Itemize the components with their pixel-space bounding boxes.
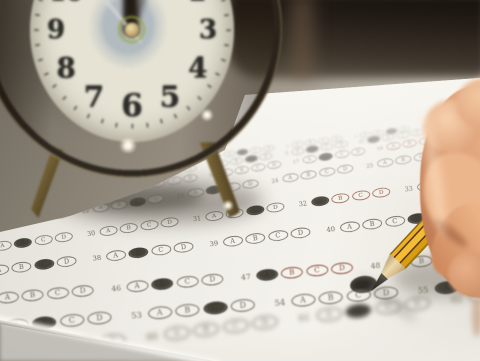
answer-bubble: B: [175, 303, 200, 318]
answer-bubble: B: [280, 266, 303, 279]
photo-scene: 1ABCD2ABCD3ABCD4ABCD5ABCD6ABCD7ABCD8ABCD…: [0, 0, 480, 361]
answer-bubble: C: [306, 264, 329, 277]
answer-bubble: D: [460, 250, 480, 263]
question-number: 46: [109, 283, 121, 293]
answer-bubble: A: [126, 280, 149, 293]
question-number: 39: [207, 239, 218, 248]
filled-bubble: B: [151, 277, 174, 290]
question-number: 61: [296, 312, 311, 324]
filled-bubble: C: [202, 301, 227, 316]
answer-bubble: D: [201, 273, 224, 286]
question-number: 53: [129, 310, 142, 321]
answer-bubble: C: [176, 275, 199, 288]
filled-bubble: A: [255, 268, 278, 281]
question-number: 40: [324, 225, 335, 234]
question-number: 31: [191, 214, 201, 222]
background-streak: [290, 0, 314, 80]
answer-bubble: B: [21, 289, 44, 302]
filled-bubble: C: [435, 253, 458, 266]
answer-bubble: B: [318, 291, 343, 306]
answer-bubble: A: [0, 291, 19, 304]
question-number: 60: [144, 331, 159, 343]
answer-bubble: D: [230, 298, 255, 313]
answer-bubble: A: [147, 305, 172, 320]
answer-bubble: D: [71, 284, 94, 297]
question-number: 54: [272, 297, 285, 308]
question-number: 30: [85, 229, 95, 237]
answer-bubble: D: [331, 262, 354, 275]
question-number: 38: [90, 254, 101, 263]
answer-bubble: A: [290, 293, 315, 308]
background-dark-band: [228, 0, 480, 78]
finger-sliver: [472, 295, 480, 337]
answer-bubble: C: [46, 287, 69, 300]
question-number: 55: [415, 285, 428, 296]
question-number: 62: [448, 293, 463, 305]
question-number: 47: [239, 272, 251, 282]
